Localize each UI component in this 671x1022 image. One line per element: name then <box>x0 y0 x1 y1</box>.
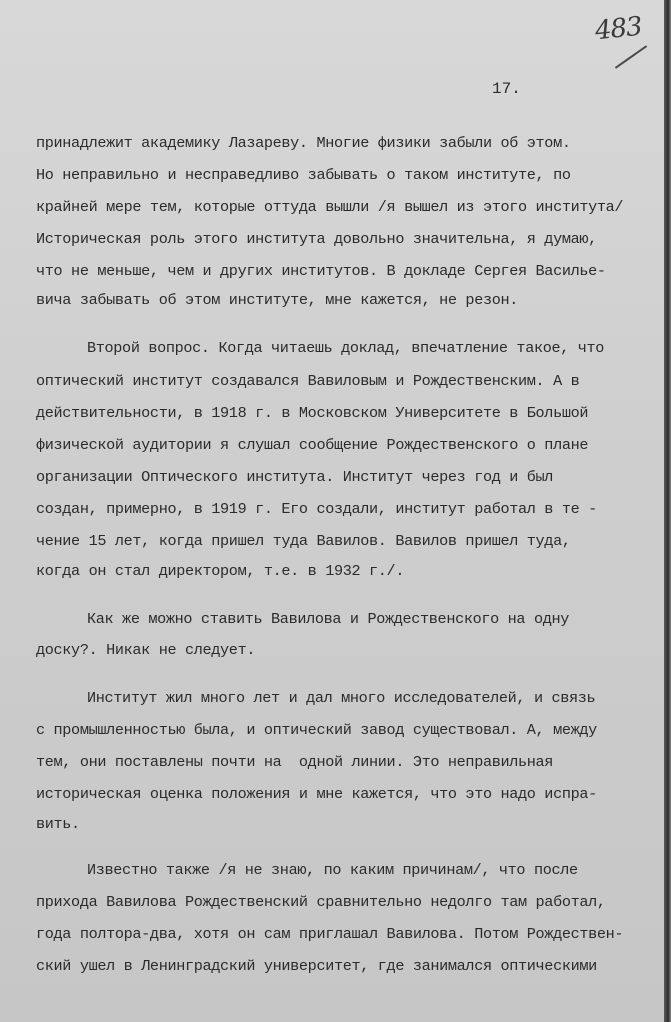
text-line: Но неправильно и несправедливо забывать … <box>36 166 571 184</box>
text-line: вича забывать об этом институте, мне каж… <box>36 291 518 309</box>
text-line: доску?. Никак не следует. <box>36 641 255 659</box>
text-line: с промышленностью была, и оптический зав… <box>36 721 597 739</box>
text-line: чение 15 лет, когда пришел туда Вавилов.… <box>36 532 571 550</box>
text-line: принадлежит академику Лазареву. Многие ф… <box>36 134 571 152</box>
text-line: Известно также /я не знаю, по каким прич… <box>87 861 578 879</box>
text-line: прихода Вавилова Рождественский сравните… <box>36 893 606 911</box>
text-line: историческая оценка положения и мне каже… <box>36 785 597 803</box>
text-line: создан, примерно, в 1919 г. Его создали,… <box>36 500 597 518</box>
text-line: года полтора-два, хотя он сам приглашал … <box>36 925 623 943</box>
document-page: 483 17. принадлежит академику Лазареву. … <box>0 0 664 1022</box>
text-line: действительности, в 1918 г. в Московском… <box>36 404 588 422</box>
text-line: Историческая роль этого института доволь… <box>36 230 597 248</box>
text-line: физической аудитории я слушал сообщение … <box>36 436 588 454</box>
text-line: оптический институт создавался Вавиловым… <box>36 372 579 390</box>
text-line: когда он стал директором, т.е. в 1932 г.… <box>36 562 404 580</box>
text-line: Второй вопрос. Когда читаешь доклад, впе… <box>87 339 604 357</box>
text-line: Институт жил много лет и дал много иссле… <box>87 689 595 707</box>
text-line: организации Оптического института. Инсти… <box>36 468 553 486</box>
text-line: крайней мере тем, которые оттуда вышли /… <box>36 198 623 216</box>
text-line: тем, они поставлены почти на одной линии… <box>36 753 553 771</box>
text-line: Как же можно ставить Вавилова и Рождеств… <box>87 610 569 628</box>
page-number: 17. <box>492 80 521 98</box>
page-edge-shadow <box>664 0 671 1022</box>
text-line: вить. <box>36 815 80 833</box>
text-line: ский ушел в Ленинградский университет, г… <box>36 957 597 975</box>
archive-number-underline <box>615 45 647 68</box>
text-line: что не меньше, чем и других институтов. … <box>36 262 606 280</box>
archive-number: 483 <box>594 12 644 47</box>
